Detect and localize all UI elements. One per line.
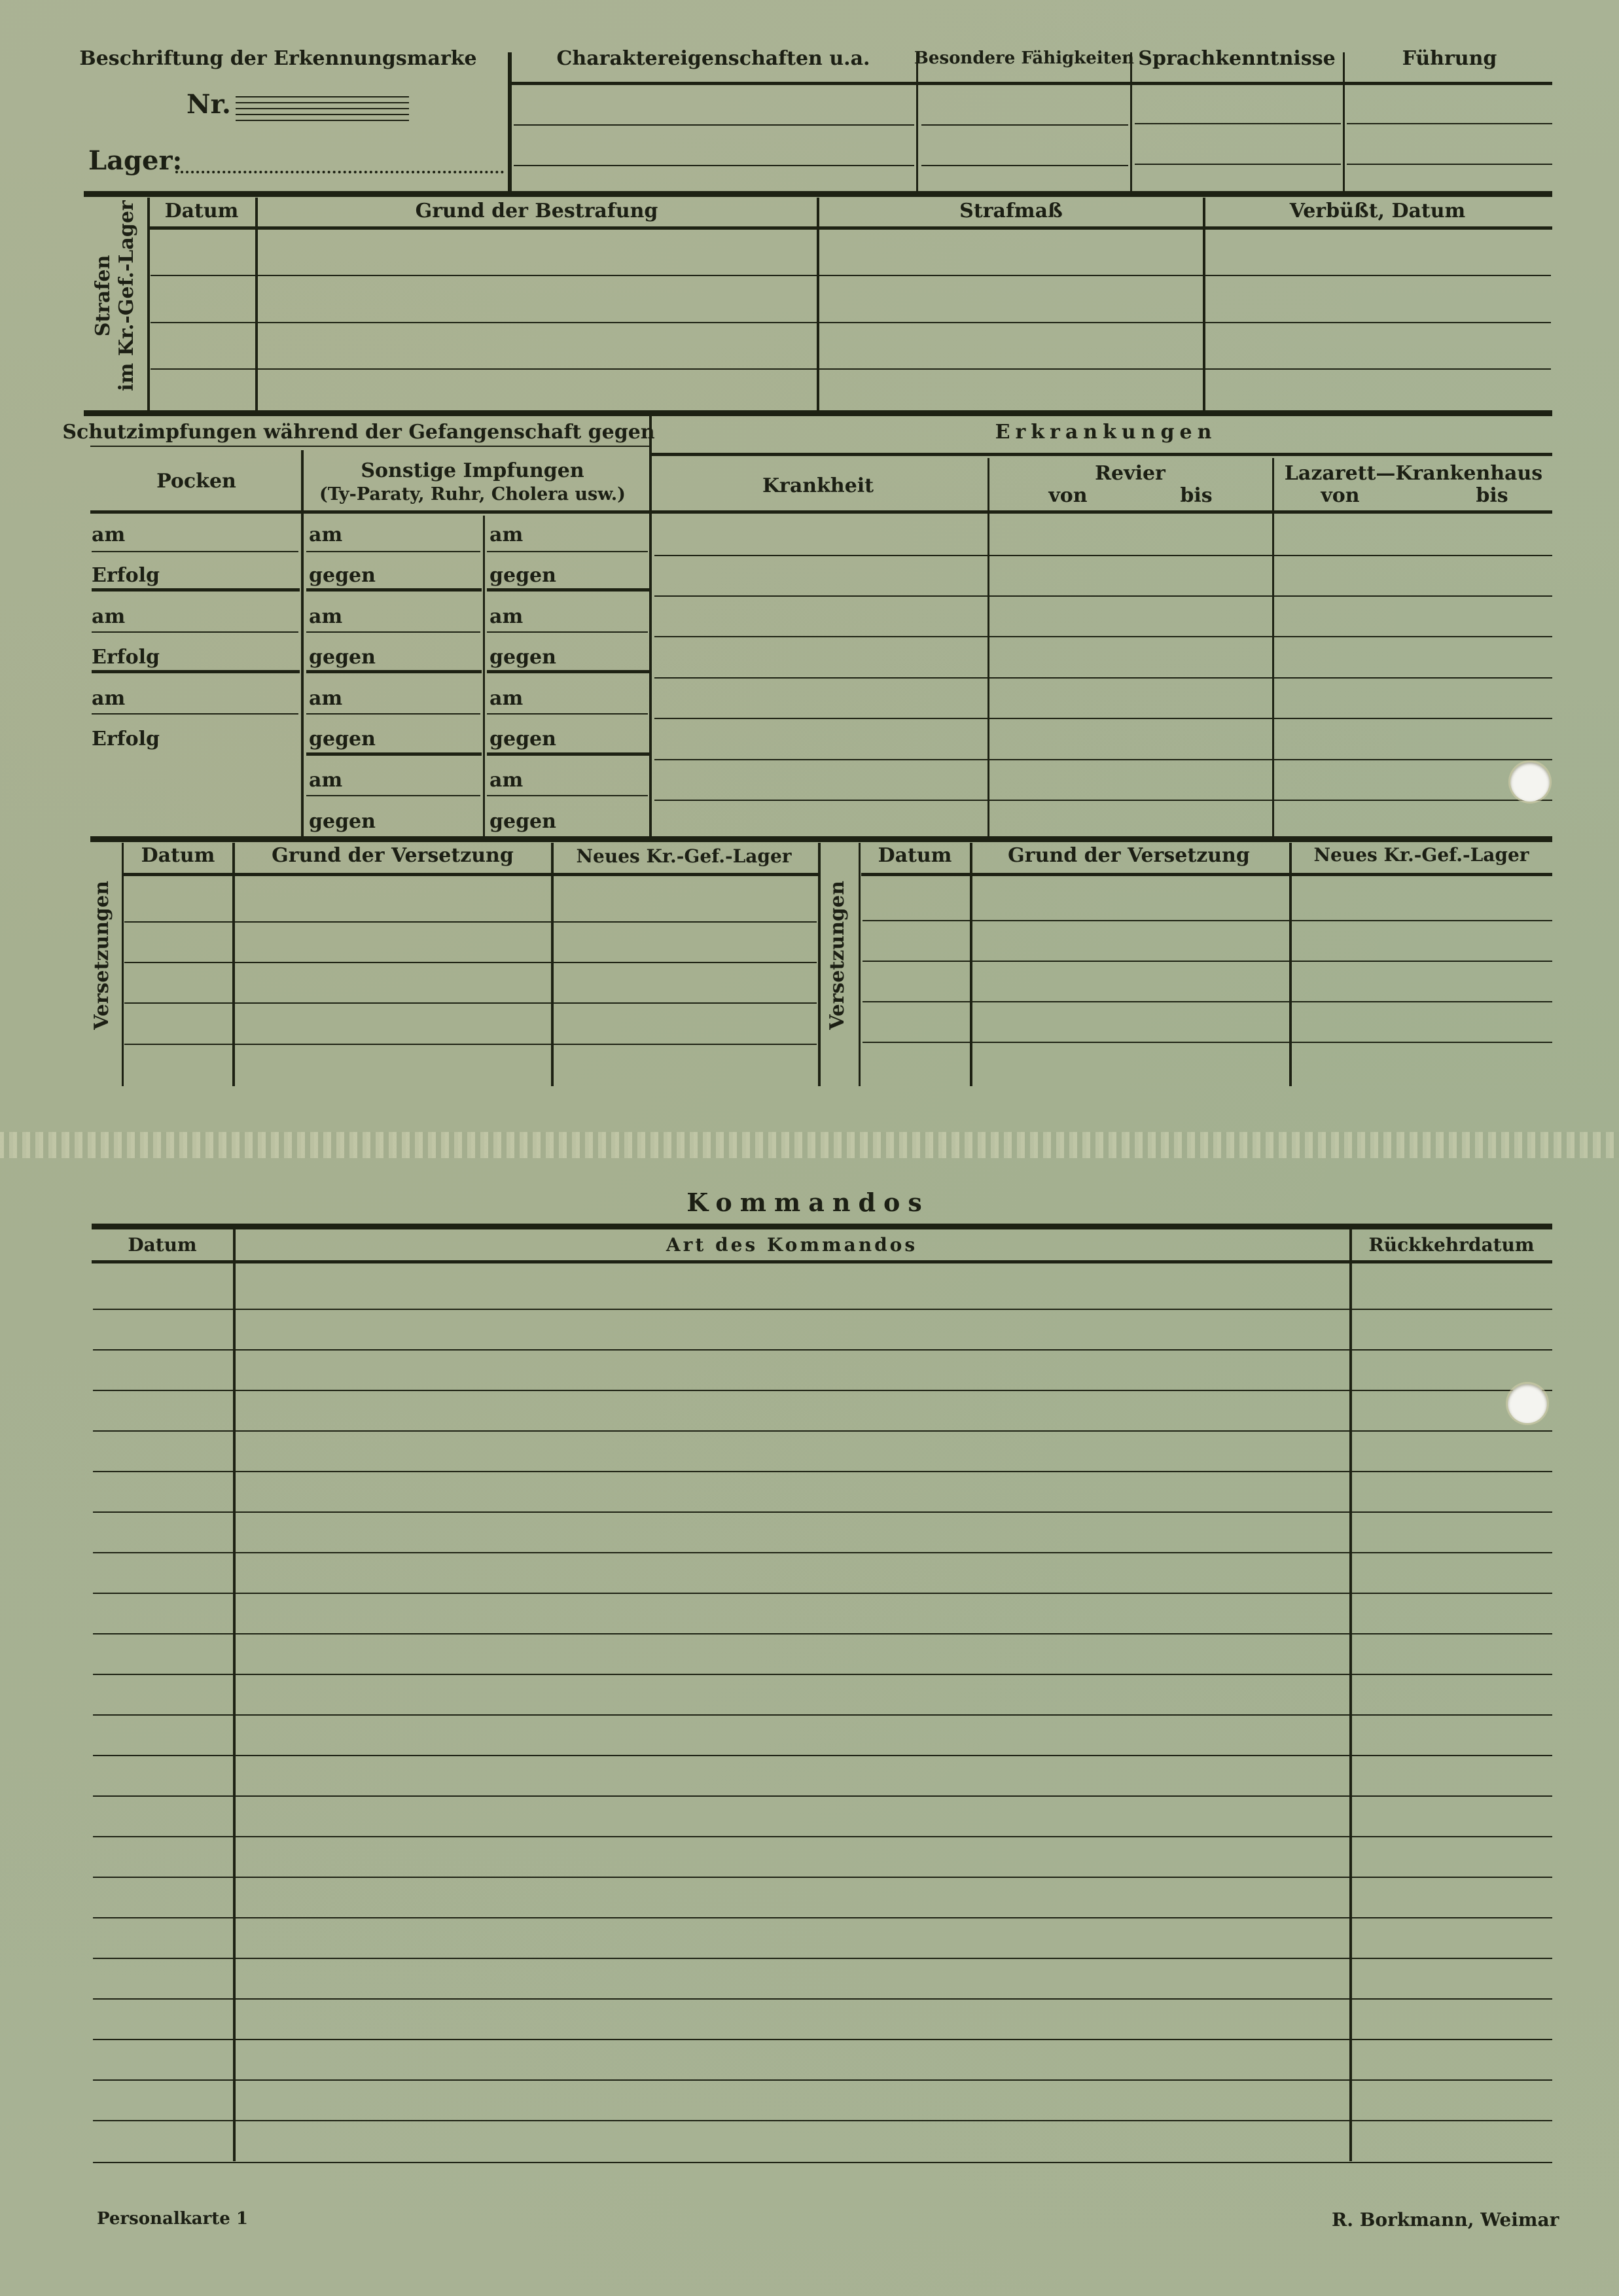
divider: [1203, 198, 1205, 412]
header-neues-lager: Neues Kr.-Gef.-Lager: [576, 845, 791, 867]
sonstige-gegen-field[interactable]: [306, 588, 482, 592]
header-datum: Datum: [141, 844, 215, 867]
divider: [1130, 52, 1132, 193]
sonstige-gegen-field[interactable]: [487, 752, 649, 756]
pocken-am: am: [92, 687, 125, 710]
col-fuehrung: Führung: [1402, 47, 1497, 70]
sonstige-gegen: gegen: [309, 564, 376, 587]
header-verbuesst: Verbüßt, Datum: [1290, 200, 1466, 222]
col-besondere-faehigkeiten: Besondere Fähigkeiten: [914, 48, 1134, 68]
divider: [90, 510, 1552, 514]
sonstige-am: am: [309, 523, 342, 546]
divider: [859, 843, 861, 1086]
sonstige-gegen: gegen: [489, 810, 556, 833]
sonstige-gegen: gegen: [309, 728, 376, 751]
divider: [483, 516, 485, 836]
sonstige-gegen: gegen: [309, 646, 376, 669]
sonstige-gegen: gegen: [489, 646, 556, 669]
sonstige-am: am: [489, 687, 523, 710]
header-revier-bis: bis: [1180, 484, 1212, 507]
sonstige-am-field[interactable]: [306, 795, 480, 796]
pocken-erfolg-field[interactable]: [92, 670, 300, 673]
divider: [92, 1224, 1552, 1229]
divider: [551, 843, 554, 1086]
divider: [123, 873, 818, 876]
divider: [916, 52, 918, 193]
divider: [1289, 843, 1292, 1086]
pocken-am: am: [92, 523, 125, 546]
header-datum: Datum: [165, 200, 239, 222]
divider: [1343, 52, 1345, 193]
sonstige-am: am: [489, 523, 523, 546]
header-grund: Grund der Versetzung: [272, 844, 514, 867]
sonstige-gegen-field[interactable]: [487, 670, 649, 673]
divider: [987, 458, 989, 836]
sonstige-am-field[interactable]: [487, 795, 648, 796]
divider: [652, 453, 1552, 456]
pocken-erfolg: Erfolg: [92, 646, 160, 669]
pocken-am-field[interactable]: [92, 631, 298, 633]
divider: [817, 198, 819, 412]
divider: [255, 198, 258, 412]
nr-label: Nr.: [187, 89, 231, 120]
sonstige-gegen: gegen: [489, 728, 556, 751]
sonstige-am: am: [309, 687, 342, 710]
divider: [818, 843, 821, 1086]
divider: [84, 410, 1552, 416]
erkrankungen-title: Erkrankungen: [995, 421, 1217, 444]
sonstige-gegen: gegen: [309, 810, 376, 833]
divider: [122, 843, 124, 1086]
divider: [90, 836, 1552, 842]
divider: [649, 416, 652, 838]
header-sonstige: Sonstige Impfungen: [361, 459, 584, 482]
sonstige-am: am: [309, 769, 342, 792]
header-lazarett: Lazarett—Krankenhaus: [1285, 462, 1542, 485]
divider: [233, 1229, 236, 2161]
divider: [512, 82, 1552, 85]
divider: [92, 1260, 1552, 1263]
identity-title: Beschriftung der Erkennungsmarke: [79, 47, 476, 70]
sonstige-gegen-field[interactable]: [306, 752, 482, 756]
divider: [861, 873, 1552, 876]
sonstige-am-field[interactable]: [487, 551, 648, 552]
versetzungen-side-label: Versetzungen: [826, 877, 849, 1034]
header-rueckkehrdatum: Rückkehrdatum: [1368, 1234, 1534, 1256]
divider: [970, 843, 972, 1086]
strafen-side-label: Strafen im Kr.-Gef.-Lager: [92, 198, 139, 394]
sonstige-gegen-field[interactable]: [487, 588, 649, 592]
col-charaktereigenschaften: Charaktereigenschaften u.a.: [557, 47, 870, 70]
schutzimpfungen-title: Schutzimpfungen während der Gefangenscha…: [62, 421, 654, 444]
header-pocken: Pocken: [156, 470, 236, 493]
header-strafmass: Strafmaß: [959, 200, 1063, 222]
lager-label: Lager:: [88, 145, 182, 176]
divider: [84, 191, 1552, 197]
sonstige-am-field[interactable]: [306, 631, 480, 633]
sonstige-am: am: [489, 769, 523, 792]
sonstige-am: am: [489, 605, 523, 628]
kommandos-title: Kommandos: [686, 1188, 930, 1217]
header-grund: Grund der Versetzung: [1008, 844, 1250, 867]
fold-crease: [0, 1132, 1619, 1158]
punch-hole: [1510, 762, 1550, 802]
divider: [147, 198, 150, 412]
pocken-erfolg-field[interactable]: [92, 588, 300, 592]
header-neues-lager: Neues Kr.-Gef.-Lager: [1313, 844, 1529, 866]
sonstige-am-field[interactable]: [306, 551, 480, 552]
lager-field[interactable]: [175, 169, 504, 173]
header-grund: Grund der Bestrafung: [416, 200, 658, 222]
header-datum: Datum: [128, 1234, 196, 1256]
divider: [1272, 458, 1274, 836]
form-id: Personalkarte 1: [97, 2209, 248, 2229]
sonstige-am: am: [309, 605, 342, 628]
header-sonstige-sub: (Ty-Paraty, Ruhr, Cholera usw.): [319, 484, 626, 504]
punch-hole: [1508, 1384, 1547, 1423]
divider: [90, 446, 650, 447]
divider: [301, 450, 304, 836]
divider: [1349, 1229, 1352, 2161]
pocken-am-field[interactable]: [92, 713, 298, 715]
header-revier-von: von: [1048, 484, 1087, 507]
divider: [232, 843, 235, 1086]
header-revier: Revier: [1095, 462, 1165, 485]
pocken-erfolg: Erfolg: [92, 564, 160, 587]
col-sprachkenntnisse: Sprachkenntnisse: [1138, 47, 1335, 70]
divider: [508, 52, 512, 193]
pocken-am-field[interactable]: [92, 551, 298, 552]
pocken-am: am: [92, 605, 125, 628]
sonstige-am-field[interactable]: [487, 631, 648, 633]
divider: [149, 226, 1552, 230]
header-lazarett-bis: bis: [1476, 484, 1508, 507]
header-datum: Datum: [878, 844, 952, 867]
sonstige-am-field[interactable]: [487, 713, 648, 715]
printer-imprint: R. Borkmann, Weimar: [1332, 2209, 1559, 2231]
header-lazarett-von: von: [1321, 484, 1359, 507]
versetzungen-side-label: Versetzungen: [90, 877, 114, 1034]
pocken-erfolg: Erfolg: [92, 728, 160, 751]
sonstige-gegen-field[interactable]: [306, 670, 482, 673]
sonstige-am-field[interactable]: [306, 713, 480, 715]
header-art: Art des Kommandos: [666, 1234, 917, 1256]
header-krankheit: Krankheit: [762, 474, 874, 497]
sonstige-gegen: gegen: [489, 564, 556, 587]
